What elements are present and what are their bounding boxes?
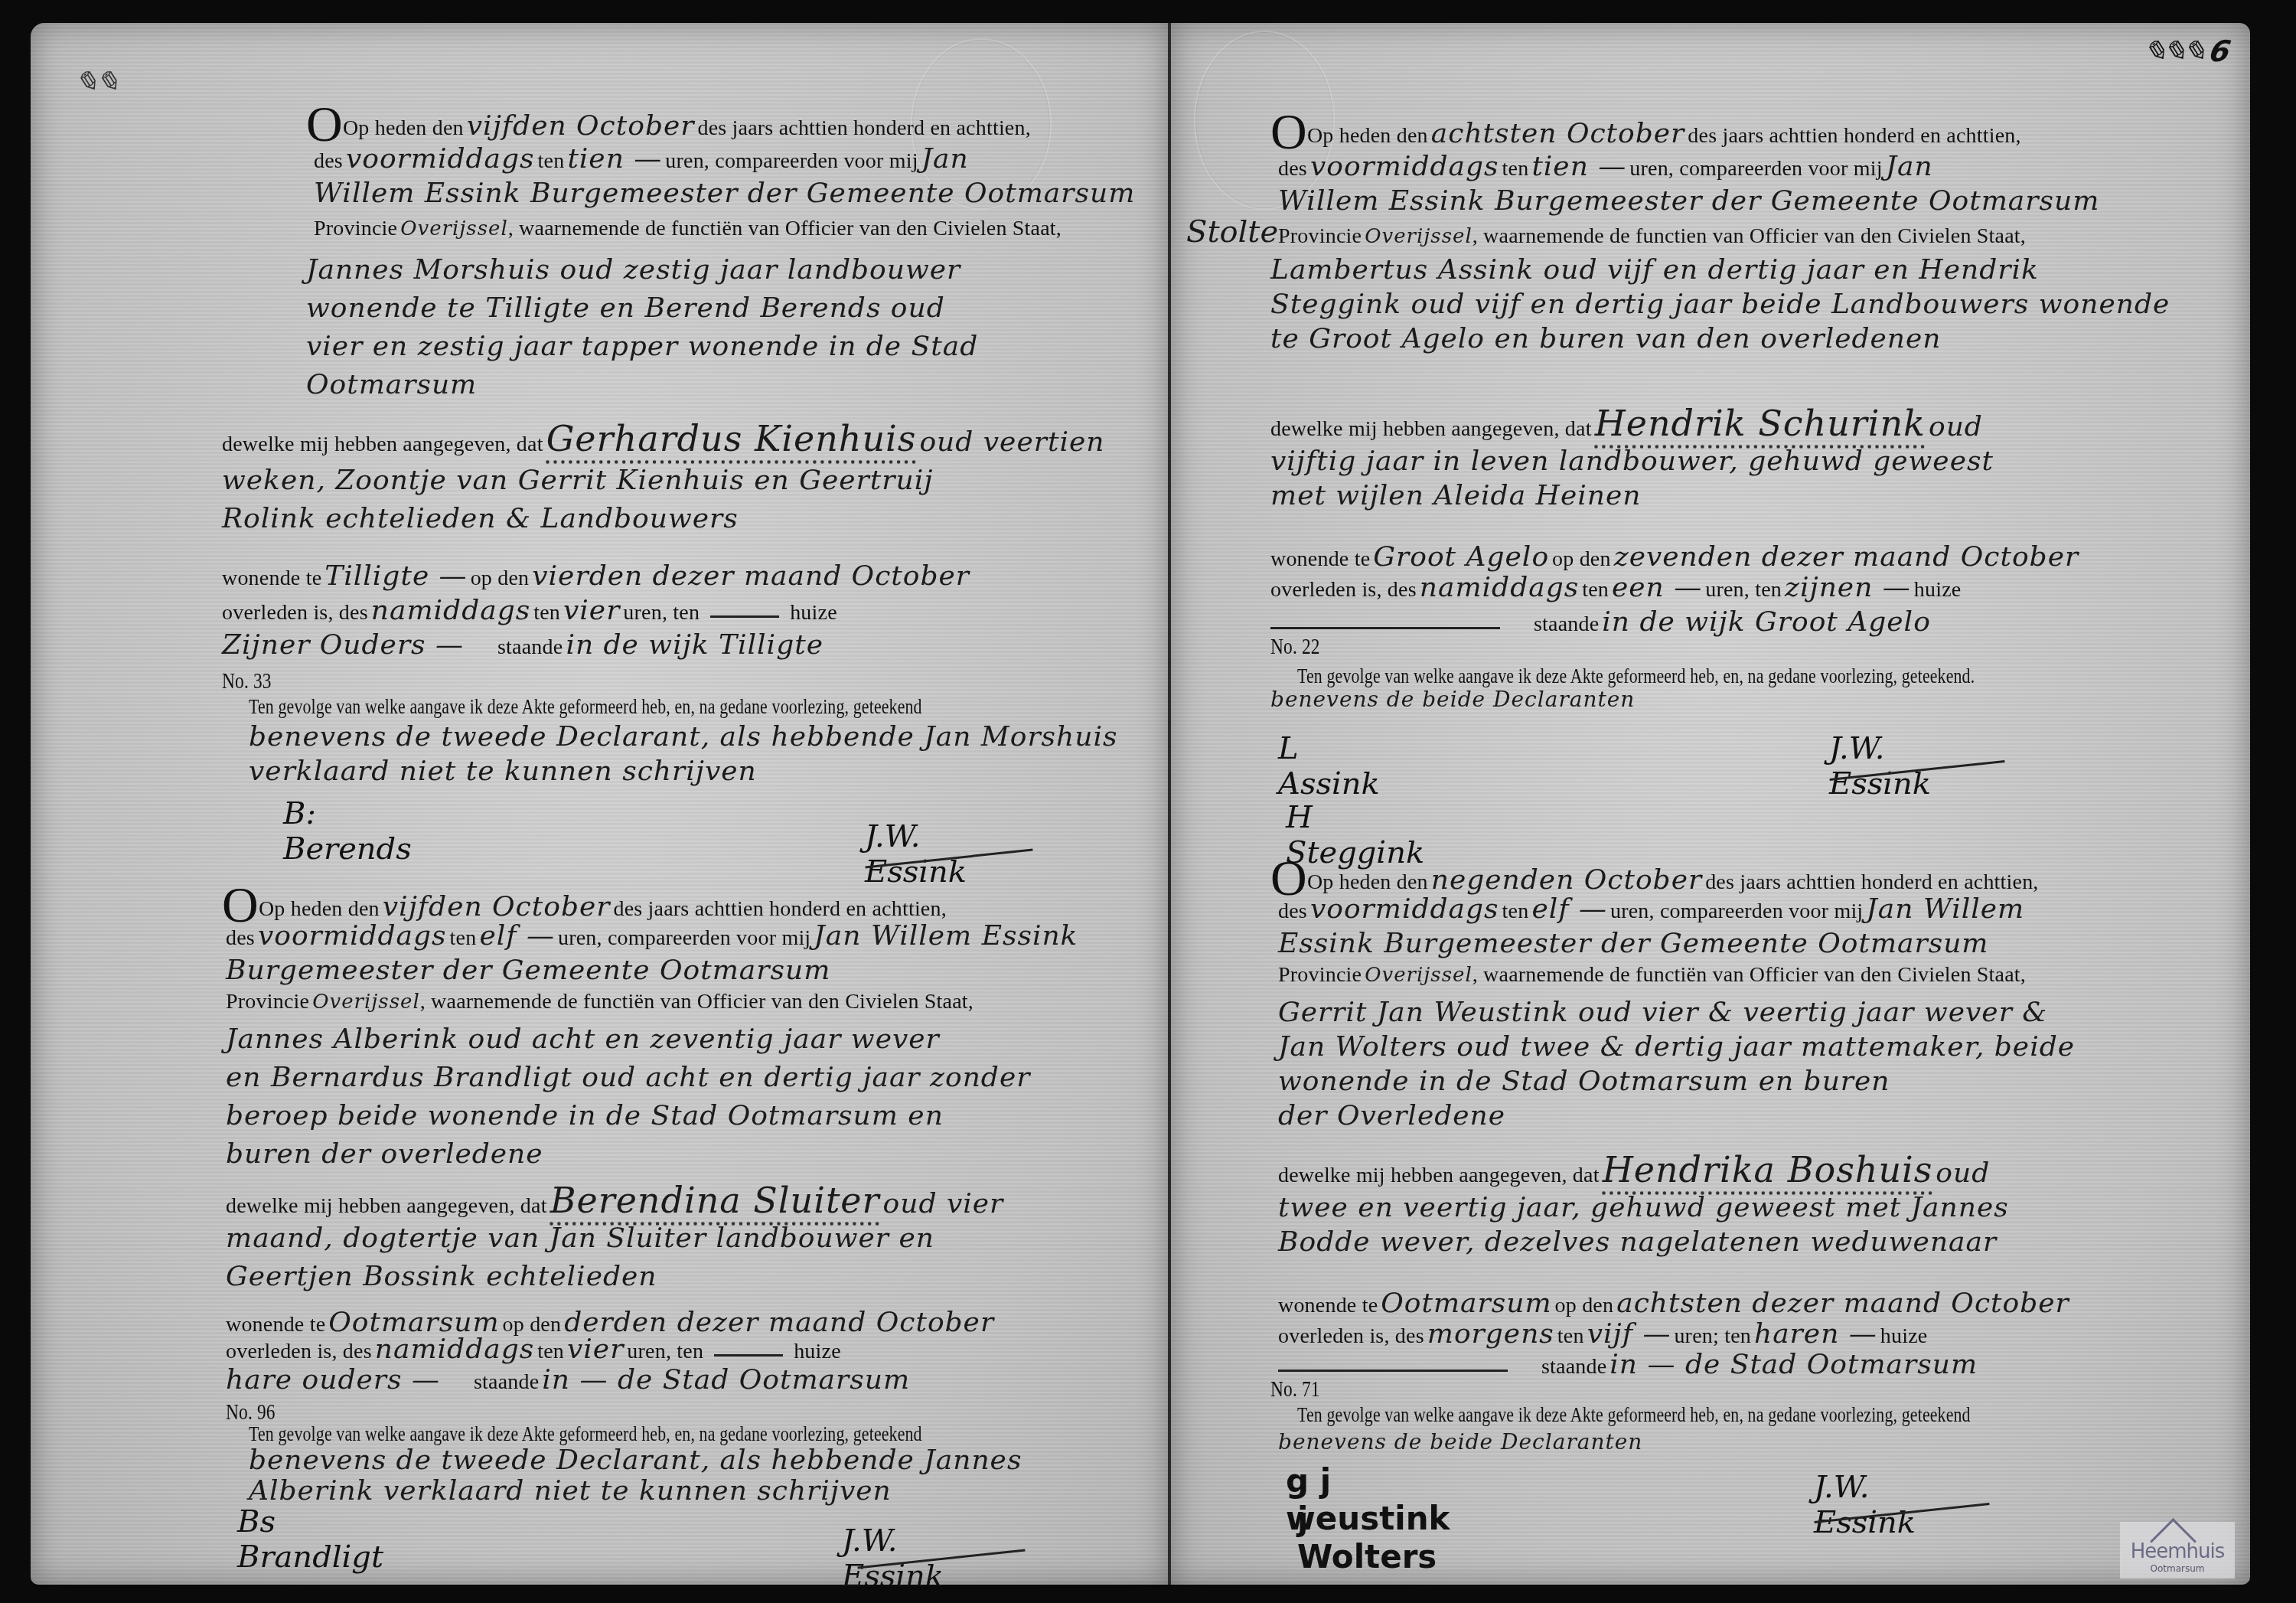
record-line: des voormiddags ten tien — uren, compare…: [1278, 153, 1933, 181]
time-line: overleden is, des namiddags ten vier ure…: [222, 597, 837, 625]
record-line: vier en zestig jaar tapper wonende in de…: [306, 333, 978, 361]
record-line: Lambertus Assink oud vijf en dertig jaar…: [1270, 256, 2039, 284]
time-line: overleden is, des morgens ten vijf — ure…: [1278, 1321, 1927, 1348]
record-line: Jan Wolters oud twee & dertig jaar matte…: [1278, 1033, 2075, 1061]
deceased-line: dewelke mij hebben aangegeven, dat Beren…: [226, 1183, 1003, 1218]
deceased-name: Berendina Sluiter: [550, 1180, 880, 1221]
record-line: Provincie Overijssel, waarnemende de fun…: [226, 991, 974, 1013]
record-line: des voormiddags ten tien — uren, compare…: [314, 145, 969, 173]
record-line: weken, Zoontje van Gerrit Kienhuis en Ge…: [222, 467, 933, 495]
record-line: Essink Burgemeester der Gemeente Ootmars…: [1278, 930, 1989, 958]
record-number: No. 22: [1270, 635, 1320, 658]
record-line: des voormiddags ten elf — uren, comparee…: [226, 922, 1078, 950]
time-line: overleden is, des namiddags ten vier ure…: [226, 1336, 841, 1363]
record-line: Provincie Overijssel, waarnemende de fun…: [314, 218, 1062, 240]
blank-line: [714, 1354, 783, 1357]
record-line: Bodde wever, dezelves nagelatenen weduwe…: [1278, 1229, 1997, 1256]
margin-note: Stolte: [1186, 214, 1278, 250]
record-line: met wijlen Aleida Heinen: [1270, 482, 1641, 510]
closing-formula: Ten gevolge van welke aangave ik deze Ak…: [249, 697, 922, 718]
record-line: Alberink verklaard niet te kunnen schrij…: [249, 1477, 892, 1505]
deceased-line: dewelke mij hebben aangegeven, dat Gerha…: [222, 421, 1104, 456]
signature-declarant: Bs Brandligt: [237, 1504, 383, 1575]
record-number: No. 96: [226, 1401, 276, 1424]
heemhuis-watermark: Heemhuis Ootmarsum: [2120, 1522, 2235, 1579]
record-line: Gerrit Jan Weustink oud vier & veertig j…: [1278, 999, 2047, 1027]
record-line: en Bernardus Brandligt oud acht en derti…: [226, 1064, 1030, 1092]
residence-line: wonende te Ootmarsum op den achtsten dez…: [1278, 1290, 2069, 1317]
closing-formula: Ten gevolge van welke aangave ik deze Ak…: [249, 1424, 922, 1445]
record-line: Ootmarsum: [306, 371, 477, 399]
deceased-name: Hendrika Boshuis: [1603, 1149, 1933, 1190]
deceased-name: Hendrik Schurink: [1595, 403, 1926, 444]
signature-declarant: B: Berends: [283, 796, 412, 867]
record-line: Geertjen Bossink echtelieden: [226, 1263, 657, 1291]
deceased-name: Gerhardus Kienhuis: [546, 418, 917, 459]
location-line: staande in de wijk Groot Agelo: [1270, 609, 1931, 636]
closing-formula: Ten gevolge van welke aangave ik deze Ak…: [1297, 666, 1975, 687]
record-line: twee en veertig jaar, gehuwd geweest met…: [1278, 1194, 2009, 1222]
record-line: Rolink echtelieden & Landbouwers: [222, 505, 739, 533]
signature-mayor: J.W. Essink: [865, 819, 967, 890]
folio-mark-left: ✎✎: [70, 65, 126, 99]
record-line: wonende in de Stad Ootmarsum en buren: [1278, 1068, 1890, 1095]
signature-declarant: L Assink: [1278, 731, 1380, 801]
deceased-line: dewelke mij hebben aangegeven, dat Hendr…: [1278, 1152, 1990, 1187]
residence-line: wonende te Tilligte — op den vierden dez…: [222, 563, 970, 590]
right-page: ✎✎✎ 6 Stolte OOp heden den achtsten Octo…: [1171, 23, 2250, 1585]
record-line: Jannes Alberink oud acht en zeventig jaa…: [226, 1026, 940, 1053]
folio-mark-right: ✎✎✎ 6: [2139, 34, 2233, 68]
record-number: No. 33: [222, 670, 272, 693]
blank-line: [1278, 1370, 1508, 1372]
record-line: Willem Essink Burgemeester der Gemeente …: [1278, 188, 2099, 215]
record-line: wonende te Tilligte en Berend Berends ou…: [306, 295, 945, 322]
record-line: verklaard niet te kunnen schrijven: [249, 758, 757, 785]
signature-mayor: J.W. Essink: [1814, 1470, 1916, 1540]
signature-declarant: j Wolters: [1297, 1500, 1437, 1575]
blank-line: [710, 615, 779, 618]
record-line: benevens de beide Declaranten: [1278, 1432, 1642, 1453]
record-line: vijftig jaar in leven landbouwer, gehuwd…: [1270, 448, 1994, 475]
record-line: Steggink oud vijf en dertig jaar beide L…: [1270, 291, 2170, 318]
record-line: te Groot Agelo en buren van den overlede…: [1270, 325, 1942, 353]
deceased-line: dewelke mij hebben aangegeven, dat Hendr…: [1270, 406, 1983, 441]
record-line: Provincie Overijssel, waarnemende de fun…: [1278, 965, 2026, 986]
location-line: staande in — de Stad Ootmarsum: [1278, 1351, 1978, 1379]
residence-line: wonende te Groot Agelo op den zevenden d…: [1270, 544, 2079, 571]
location-line: Zijner Ouders — staande in de wijk Tilli…: [222, 632, 823, 659]
record-line: benevens de beide Declaranten: [1270, 689, 1635, 710]
blank-line: [1270, 627, 1500, 629]
closing-formula: Ten gevolge van welke aangave ik deze Ak…: [1297, 1405, 1971, 1426]
record-number: No. 71: [1270, 1378, 1320, 1401]
record-line: buren der overledene: [226, 1141, 543, 1168]
record-line: maand, dogtertje van Jan Sluiter landbou…: [226, 1225, 934, 1252]
record-line: benevens de tweede Declarant, als hebben…: [249, 723, 1117, 751]
record-line: Provincie Overijssel, waarnemende de fun…: [1278, 226, 2026, 247]
record-line: benevens de tweede Declarant, als hebben…: [249, 1447, 1022, 1474]
left-page: ✎✎ OOp heden den vijfden October des jaa…: [31, 23, 1169, 1585]
record-line: Jannes Morshuis oud zestig jaar landbouw…: [306, 256, 960, 284]
register-spread: ✎✎ OOp heden den vijfden October des jaa…: [31, 23, 2281, 1585]
record-line: Willem Essink Burgemeester der Gemeente …: [314, 180, 1135, 207]
record-line: beroep beide wonende in de Stad Ootmarsu…: [226, 1102, 944, 1130]
record-line: der Overledene: [1278, 1102, 1505, 1130]
time-line: overleden is, des namiddags ten een — ur…: [1270, 574, 1961, 602]
record-line: Burgemeester der Gemeente Ootmarsum: [226, 957, 830, 984]
signature-mayor: J.W. Essink: [1829, 731, 1931, 801]
residence-line: wonende te Ootmarsum op den derden dezer…: [226, 1309, 994, 1337]
location-line: hare ouders — staande in — de Stad Ootma…: [226, 1366, 910, 1394]
record-line: des voormiddags ten elf — uren, comparee…: [1278, 896, 2024, 923]
